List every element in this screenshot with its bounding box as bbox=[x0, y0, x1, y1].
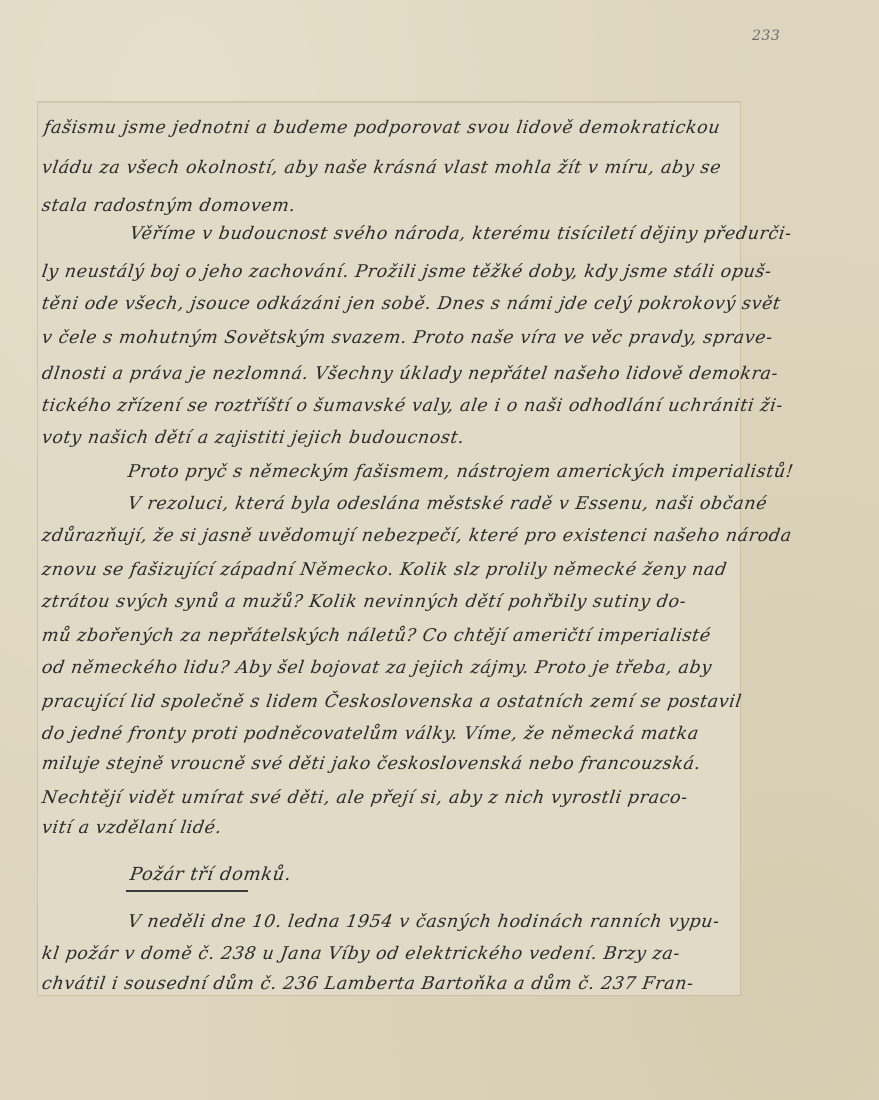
text-line: od německého lidu? Aby šel bojovat za je… bbox=[41, 658, 714, 678]
page-number: 233 bbox=[752, 28, 780, 44]
text-line: voty našich dětí a zajistiti jejich budo… bbox=[41, 428, 466, 448]
heading-underline bbox=[126, 890, 248, 892]
text-line: pracující lid společně s lidem Českoslov… bbox=[41, 692, 743, 712]
text-line: mů zbořených za nepřátelských náletů? Co… bbox=[41, 626, 713, 646]
text-line: Proto pryč s německým fašismem, nástroje… bbox=[127, 462, 795, 482]
text-line: do jedné fronty proti podněcovatelům vál… bbox=[41, 724, 701, 744]
text-line: V rezoluci, která byla odeslána městské … bbox=[127, 494, 769, 514]
text-line: znovu se fašizující západní Německo. Kol… bbox=[41, 560, 729, 580]
text-line: vití a vzdělaní lidé. bbox=[41, 818, 224, 838]
text-line: dlnosti a práva je nezlomná. Všechny úkl… bbox=[41, 364, 780, 384]
text-line: miluje stejně vroucně své děti jako česk… bbox=[41, 754, 703, 774]
text-line: vládu za všech okolností, aby naše krásn… bbox=[41, 158, 723, 178]
text-line: stala radostným domovem. bbox=[41, 196, 297, 216]
text-line: tického zřízení se roztříští o šumavské … bbox=[41, 396, 785, 416]
text-line: ztrátou svých synů a mužů? Kolik nevinný… bbox=[41, 592, 688, 612]
section-heading: Požár tří domků. bbox=[129, 864, 293, 885]
manuscript-sheet: fašismu jsme jednotni a budeme podporova… bbox=[38, 102, 740, 995]
text-line: kl požár v domě č. 238 u Jana Víby od el… bbox=[41, 944, 682, 964]
sheet-top-edge bbox=[38, 102, 740, 103]
text-line: chvátil i sousední dům č. 236 Lamberta B… bbox=[41, 974, 695, 994]
text-line: Nechtějí vidět umírat své děti, ale přej… bbox=[41, 788, 690, 808]
text-line: V neděli dne 10. ledna 1954 v časných ho… bbox=[127, 912, 721, 932]
text-line: Věříme v budoucnost svého národa, kterém… bbox=[129, 224, 793, 244]
text-line: v čele s mohutným Sovětským svazem. Prot… bbox=[41, 328, 775, 348]
text-line: ly neustálý boj o jeho zachování. Prožil… bbox=[41, 262, 773, 282]
text-line: těni ode všech, jsouce odkázáni jen sobě… bbox=[41, 294, 782, 314]
text-line: zdůrazňují, že si jasně uvědomují nebezp… bbox=[41, 526, 794, 546]
text-line: fašismu jsme jednotni a budeme podporova… bbox=[43, 118, 722, 138]
